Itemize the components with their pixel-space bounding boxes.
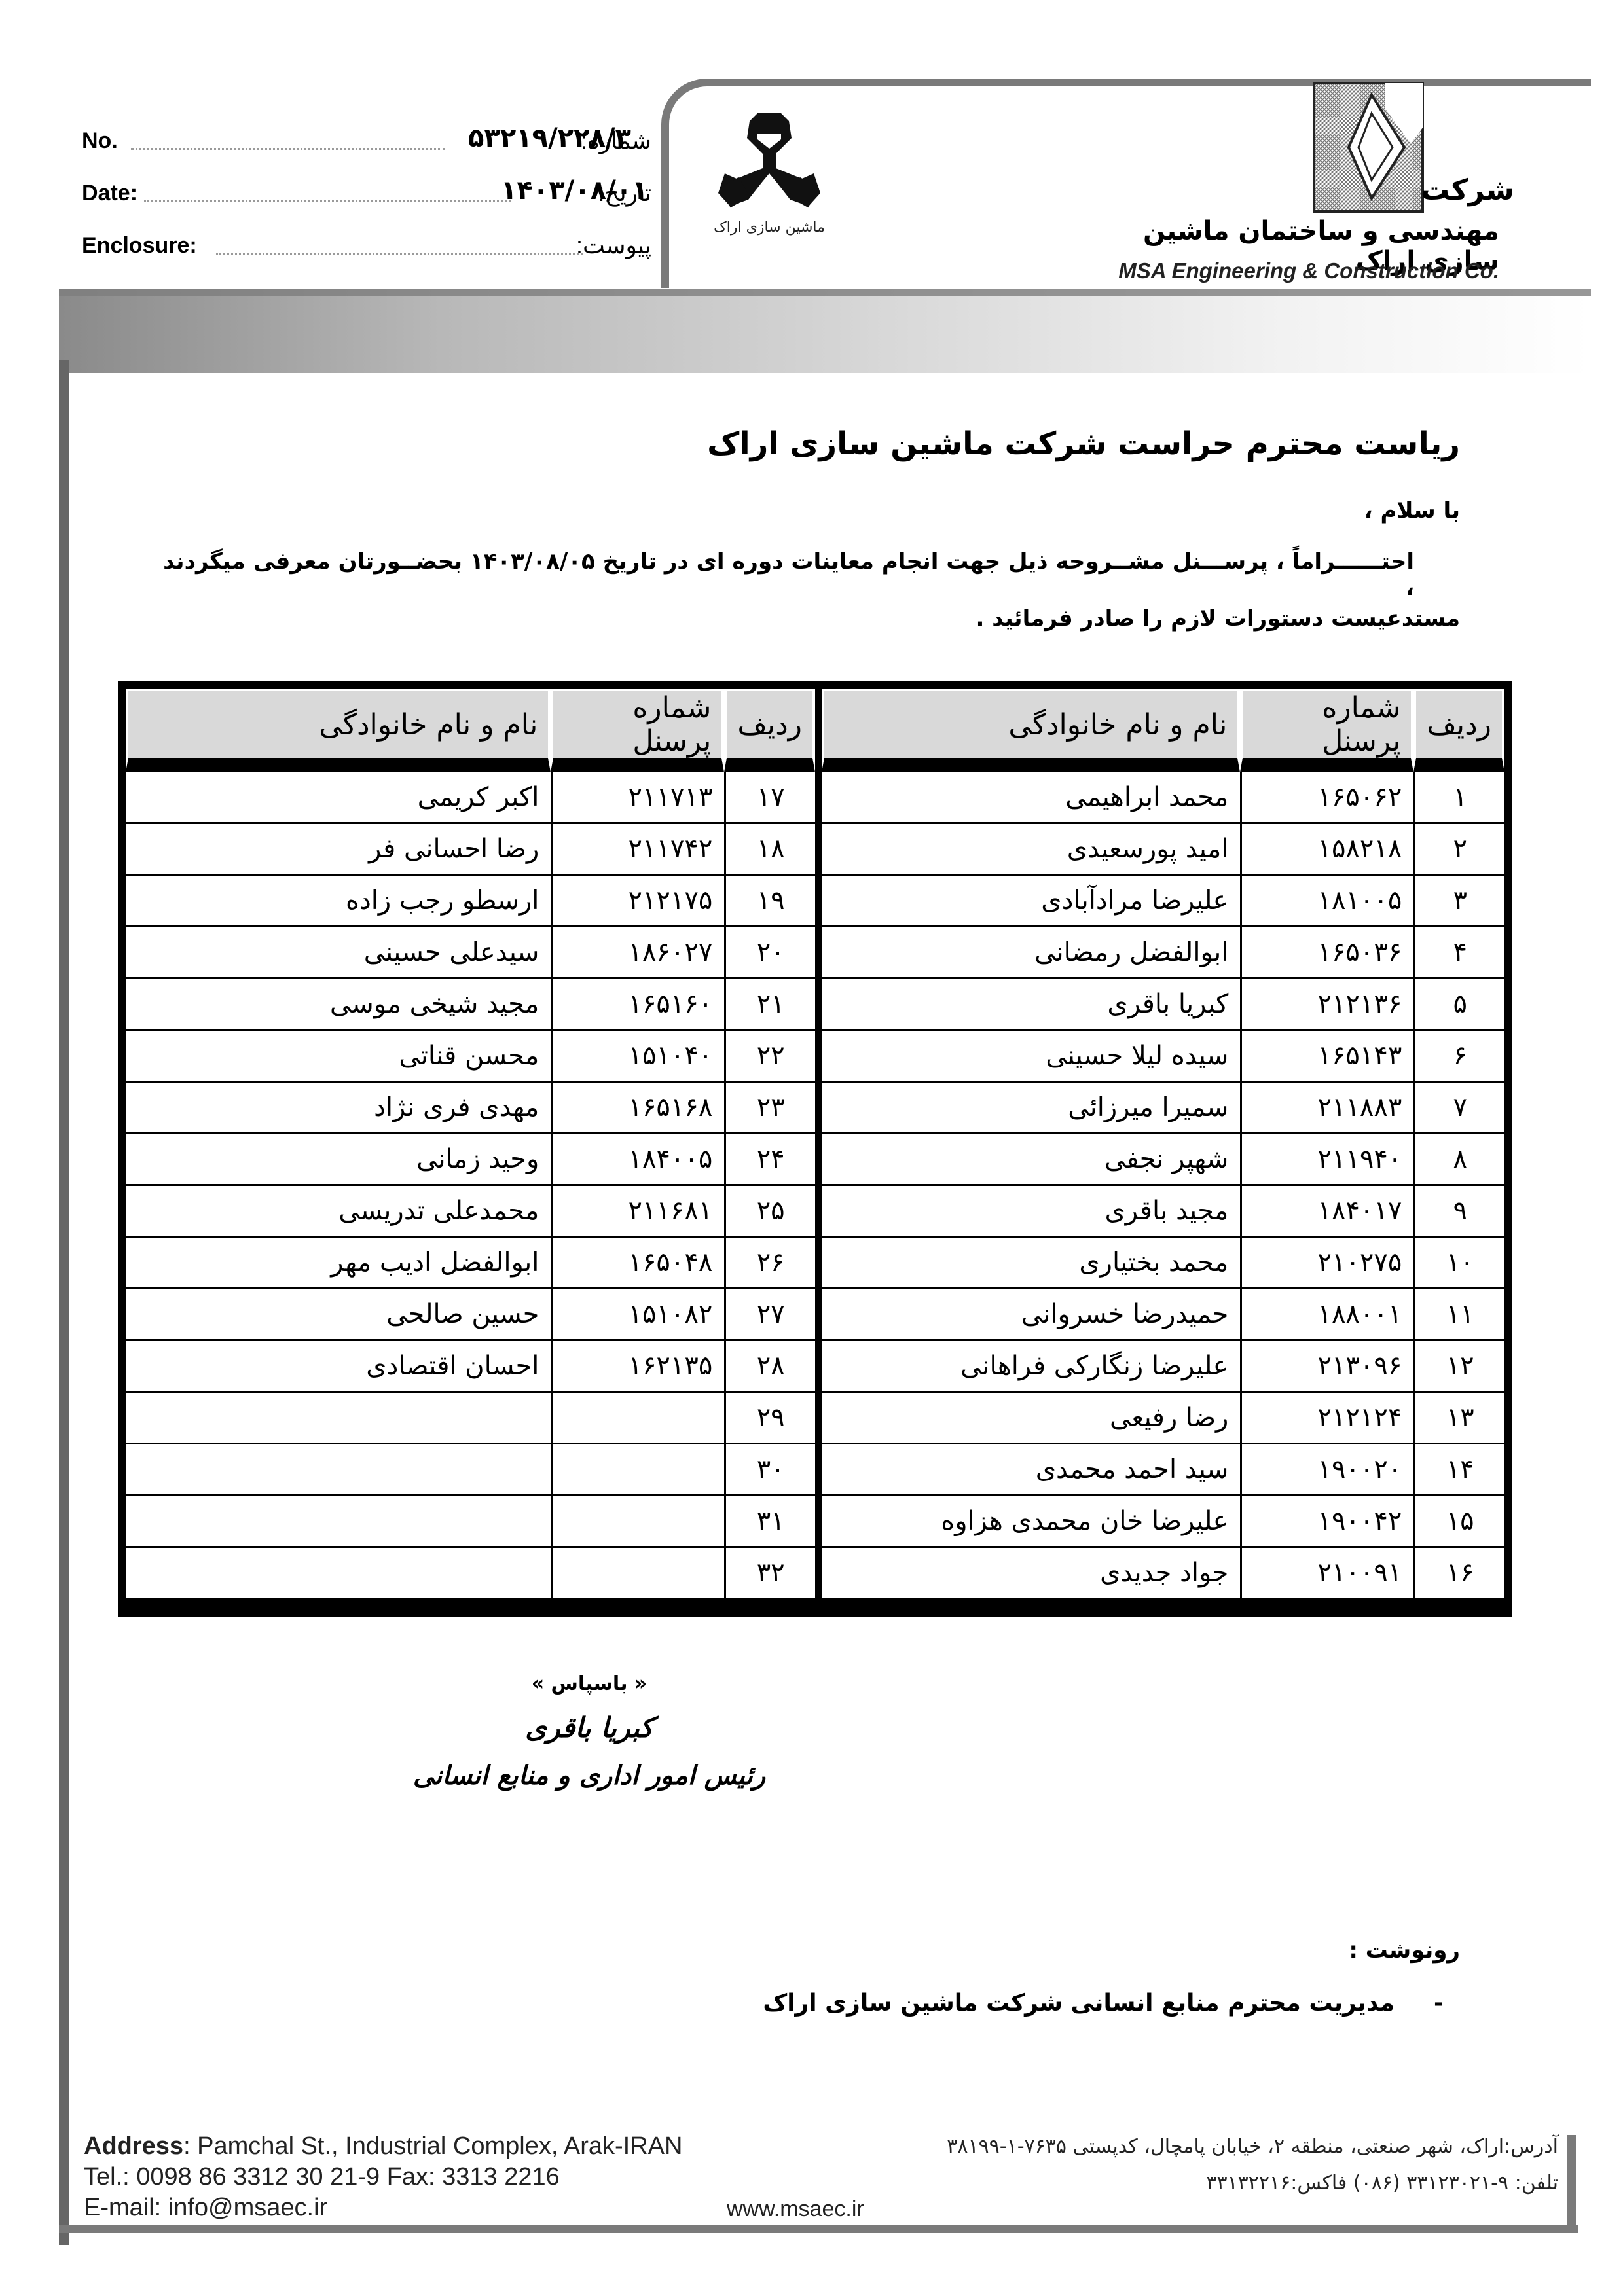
row-index: ۱	[1413, 772, 1504, 824]
row-index: ۱۸	[724, 824, 815, 876]
row-index: ۲۹	[724, 1393, 815, 1444]
footer-frame-right	[1567, 2135, 1576, 2233]
row-name	[126, 1444, 551, 1496]
row-name: علیرضا خان محمدی هزاوه	[822, 1496, 1240, 1548]
row-personnel-no: ۱۸۱۰۰۵	[1240, 876, 1413, 927]
row-name: کبریا باقری	[822, 979, 1240, 1031]
row-name: سیده لیلا حسینی	[822, 1031, 1240, 1083]
arak-logo-caption: ماشین سازی اراک	[694, 219, 845, 236]
letter-paragraph-1: احتــــــراماً ، پرســـنل مشــروحه ذیل ج…	[151, 548, 1414, 601]
row-index: ۶	[1413, 1031, 1504, 1083]
row-personnel-no: ۲۱۱۷۱۳	[551, 772, 724, 824]
footer-address-en: Address: Pamchal St., Industrial Complex…	[84, 2132, 682, 2161]
row-name: جواد جدیدی	[822, 1548, 1240, 1598]
table-header-row: ردیف شماره پرسنل نام و نام خانوادگی	[126, 689, 815, 772]
row-personnel-no: ۱۶۵۰۶۲	[1240, 772, 1413, 824]
row-name: ابوالفضل ادیب مهر	[126, 1238, 551, 1289]
table-row: ۱۲۲۱۳۰۹۶علیرضا زنگارکی فراهانی	[822, 1341, 1504, 1393]
row-index: ۲۵	[724, 1186, 815, 1238]
meta-enclosure-label-fa: پیوست:	[576, 232, 651, 259]
row-personnel-no: ۲۱۲۱۳۶	[1240, 979, 1413, 1031]
row-personnel-no	[551, 1496, 724, 1548]
row-personnel-no: ۱۶۵۱۴۳	[1240, 1031, 1413, 1083]
header-frame-top	[701, 79, 1591, 86]
dotted-line	[216, 253, 583, 255]
table-row: ۶۱۶۵۱۴۳سیده لیلا حسینی	[822, 1031, 1504, 1083]
page-left-rail	[59, 360, 69, 2245]
table-row: ۸۲۱۱۹۴۰شهپر نجفی	[822, 1134, 1504, 1186]
row-index: ۲	[1413, 824, 1504, 876]
table-row: ۱۰۲۱۰۲۷۵محمد بختیاری	[822, 1238, 1504, 1289]
row-name: اکبر کریمی	[126, 772, 551, 824]
table-row: ۱۹۲۱۲۱۷۵ارسطو رجب زاده	[126, 876, 815, 927]
row-name: وحید زمانی	[126, 1134, 551, 1186]
row-index: ۳۰	[724, 1444, 815, 1496]
row-personnel-no: ۱۶۵۰۳۶	[1240, 927, 1413, 979]
row-name: ابوالفضل رمضانی	[822, 927, 1240, 979]
row-personnel-no: ۱۶۲۱۳۵	[551, 1341, 724, 1393]
meta-date-label-fa: تاریخ:	[598, 179, 651, 207]
meta-date: Date: ۱۴۰۳/۰۸/۰۱ تاریخ:	[82, 175, 651, 215]
row-personnel-no: ۱۸۴۰۱۷	[1240, 1186, 1413, 1238]
table-row: ۲۴۱۸۴۰۰۵وحید زمانی	[126, 1134, 815, 1186]
footer-tel-fa: تلفن: ۹-۳۳۱۲۳۰۲۱ (۰۸۶) فاکس:۳۳۱۳۲۲۱۶	[812, 2172, 1558, 2195]
table-row: ۷۲۱۱۸۸۳سمیرا میرزائی	[822, 1083, 1504, 1134]
table-row: ۱۳۲۱۲۱۲۴رضا رفیعی	[822, 1393, 1504, 1444]
row-index: ۱۲	[1413, 1341, 1504, 1393]
row-name: علیرضا زنگارکی فراهانی	[822, 1341, 1240, 1393]
meta-enclosure: Enclosure: پیوست:	[82, 228, 651, 267]
column-header-personnel-no: شماره پرسنل	[1240, 689, 1413, 772]
row-index: ۱۹	[724, 876, 815, 927]
row-index: ۲۰	[724, 927, 815, 979]
column-header-name: نام و نام خانوادگی	[822, 689, 1240, 772]
table-row: ۳۱	[126, 1496, 815, 1548]
meta-number: No. ۵۳۲۱۹/۲۲۸/۳ شماره:	[82, 123, 651, 162]
table-row: ۲۲۱۵۱۰۴۰محسن قناتی	[126, 1031, 815, 1083]
dotted-line	[144, 200, 511, 202]
dotted-line	[131, 148, 445, 150]
table-row: ۱۴۱۹۰۰۲۰سید احمد محمدی	[822, 1444, 1504, 1496]
row-index: ۳۱	[724, 1496, 815, 1548]
row-name: علیرضا مرادآبادی	[822, 876, 1240, 927]
cc-label: رونوشت :	[1244, 1937, 1460, 1964]
row-personnel-no: ۱۶۵۱۶۸	[551, 1083, 724, 1134]
company-sherkat-label: شرکت	[1421, 173, 1514, 207]
table-row: ۱۷۲۱۱۷۱۳اکبر کریمی	[126, 772, 815, 824]
column-header-index: ردیف	[724, 689, 815, 772]
table-row: ۱۵۱۹۰۰۴۲علیرضا خان محمدی هزاوه	[822, 1496, 1504, 1548]
row-name: رضا احسانی فر	[126, 824, 551, 876]
column-header-personnel-no: شماره پرسنل	[551, 689, 724, 772]
row-index: ۳	[1413, 876, 1504, 927]
table-row: ۱۶۲۱۰۰۹۱جواد جدیدی	[822, 1548, 1504, 1598]
header-frame-divider	[661, 124, 669, 288]
row-name: رضا رفیعی	[822, 1393, 1240, 1444]
row-personnel-no: ۱۵۱۰۸۲	[551, 1289, 724, 1341]
column-header-index: ردیف	[1413, 689, 1504, 772]
cc-item: مدیریت محترم منابع انسانی شرکت ماشین ساز…	[720, 1990, 1395, 2017]
letter-addressee: ریاست محترم حراست شرکت ماشین سازی اراک	[196, 425, 1460, 462]
row-index: ۱۱	[1413, 1289, 1504, 1341]
row-index: ۲۶	[724, 1238, 815, 1289]
table-body-right: ۱۱۶۵۰۶۲محمد ابراهیمی۲۱۵۸۲۱۸امید پورسعیدی…	[822, 772, 1504, 1598]
meta-number-label-fa: شماره:	[581, 127, 651, 154]
footer-frame-bottom	[59, 2225, 1578, 2233]
row-personnel-no: ۱۵۱۰۴۰	[551, 1031, 724, 1083]
row-index: ۱۵	[1413, 1496, 1504, 1548]
footer-website-link[interactable]: www.msaec.ir	[727, 2197, 864, 2222]
table-row: ۳۱۸۱۰۰۵علیرضا مرادآبادی	[822, 876, 1504, 927]
row-name: مجید شیخی موسی	[126, 979, 551, 1031]
personnel-table-right: ردیف شماره پرسنل نام و نام خانوادگی ۱۱۶۵…	[822, 689, 1504, 1598]
meta-date-label-en: Date:	[82, 181, 137, 206]
column-header-name: نام و نام خانوادگی	[126, 689, 551, 772]
table-row: ۲۳۱۶۵۱۶۸مهدی فری نژاد	[126, 1083, 815, 1134]
row-personnel-no: ۲۱۰۲۷۵	[1240, 1238, 1413, 1289]
row-name: سمیرا میرزائی	[822, 1083, 1240, 1134]
row-name: محسن قناتی	[126, 1031, 551, 1083]
signatory-title: رئیس امور اداری و منابع انسانی	[327, 1761, 851, 1791]
row-personnel-no	[551, 1393, 724, 1444]
table-row: ۲۸۱۶۲۱۳۵احسان اقتصادی	[126, 1341, 815, 1393]
row-index: ۱۴	[1413, 1444, 1504, 1496]
row-name: محمد بختیاری	[822, 1238, 1240, 1289]
meta-number-label-en: No.	[82, 128, 118, 154]
row-personnel-no: ۱۸۴۰۰۵	[551, 1134, 724, 1186]
row-index: ۴	[1413, 927, 1504, 979]
row-name	[126, 1393, 551, 1444]
row-index: ۹	[1413, 1186, 1504, 1238]
row-name: احسان اقتصادی	[126, 1341, 551, 1393]
row-index: ۸	[1413, 1134, 1504, 1186]
row-index: ۱۳	[1413, 1393, 1504, 1444]
table-body-left: ۱۷۲۱۱۷۱۳اکبر کریمی۱۸۲۱۱۷۴۲رضا احسانی فر۱…	[126, 772, 815, 1598]
table-row: ۲۱۵۸۲۱۸امید پورسعیدی	[822, 824, 1504, 876]
row-index: ۱۶	[1413, 1548, 1504, 1598]
row-name: مجید باقری	[822, 1186, 1240, 1238]
personnel-table: ردیف شماره پرسنل نام و نام خانوادگی ۱۱۶۵…	[118, 681, 1512, 1617]
row-personnel-no: ۲۱۱۹۴۰	[1240, 1134, 1413, 1186]
personnel-table-left: ردیف شماره پرسنل نام و نام خانوادگی ۱۷۲۱…	[126, 689, 815, 1598]
row-personnel-no: ۱۶۵۰۴۸	[551, 1238, 724, 1289]
row-name: مهدی فری نژاد	[126, 1083, 551, 1134]
row-name: محمد ابراهیمی	[822, 772, 1240, 824]
row-name: سید احمد محمدی	[822, 1444, 1240, 1496]
letter-salutation: با سلام ،	[196, 497, 1460, 524]
footer-tel-en: Tel.: 0098 86 3312 30 21-9 Fax: 3313 221…	[84, 2163, 560, 2191]
row-personnel-no: ۲۱۳۰۹۶	[1240, 1341, 1413, 1393]
arak-machine-logo-icon	[710, 108, 828, 223]
company-name-en: MSA Engineering & Construction Co.	[1061, 259, 1499, 283]
row-personnel-no	[551, 1548, 724, 1598]
row-personnel-no: ۲۱۲۱۲۴	[1240, 1393, 1413, 1444]
footer-address-fa: آدرس:اراک، شهر صنعتی، منطقه ۲، خیابان پا…	[812, 2135, 1558, 2158]
table-row: ۲۶۱۶۵۰۴۸ابوالفضل ادیب مهر	[126, 1238, 815, 1289]
row-index: ۲۸	[724, 1341, 815, 1393]
row-personnel-no: ۱۶۵۱۶۰	[551, 979, 724, 1031]
row-index: ۵	[1413, 979, 1504, 1031]
signature-thanks: « باسپاس »	[458, 1672, 720, 1695]
row-personnel-no: ۲۱۲۱۷۵	[551, 876, 724, 927]
table-row: ۲۹	[126, 1393, 815, 1444]
table-row: ۵۲۱۲۱۳۶کبریا باقری	[822, 979, 1504, 1031]
table-row: ۳۲	[126, 1548, 815, 1598]
table-row: ۲۱۱۶۵۱۶۰مجید شیخی موسی	[126, 979, 815, 1031]
row-personnel-no: ۲۱۱۷۴۲	[551, 824, 724, 876]
row-index: ۷	[1413, 1083, 1504, 1134]
row-name	[126, 1496, 551, 1548]
signatory-name: کبریا باقری	[426, 1712, 753, 1744]
cc-bullet-dash: -	[1434, 1990, 1444, 2017]
table-row: ۲۷۱۵۱۰۸۲حسین صالحی	[126, 1289, 815, 1341]
row-personnel-no: ۱۵۸۲۱۸	[1240, 824, 1413, 876]
msa-company-logo-icon	[1313, 82, 1424, 213]
row-name: محمدعلی تدریسی	[126, 1186, 551, 1238]
row-personnel-no: ۱۸۸۰۰۱	[1240, 1289, 1413, 1341]
footer-address-value: : Pamchal St., Industrial Complex, Arak-…	[183, 2132, 682, 2160]
table-row: ۱۸۲۱۱۷۴۲رضا احسانی فر	[126, 824, 815, 876]
row-index: ۲۷	[724, 1289, 815, 1341]
row-index: ۱۷	[724, 772, 815, 824]
meta-enclosure-label-en: Enclosure:	[82, 233, 197, 259]
row-name: حسین صالحی	[126, 1289, 551, 1341]
row-name: امید پورسعیدی	[822, 824, 1240, 876]
header-gray-band	[59, 289, 1591, 373]
table-header-row: ردیف شماره پرسنل نام و نام خانوادگی	[822, 689, 1504, 772]
row-index: ۳۲	[724, 1548, 815, 1598]
table-row: ۳۰	[126, 1444, 815, 1496]
row-name: سیدعلی حسینی	[126, 927, 551, 979]
row-index: ۲۴	[724, 1134, 815, 1186]
row-index: ۲۳	[724, 1083, 815, 1134]
row-index: ۲۲	[724, 1031, 815, 1083]
row-personnel-no	[551, 1444, 724, 1496]
table-row: ۲۵۲۱۱۶۸۱محمدعلی تدریسی	[126, 1186, 815, 1238]
row-name	[126, 1548, 551, 1598]
table-row: ۱۱۶۵۰۶۲محمد ابراهیمی	[822, 772, 1504, 824]
row-personnel-no: ۱۹۰۰۴۲	[1240, 1496, 1413, 1548]
footer-email[interactable]: E-mail: info@msaec.ir	[84, 2194, 327, 2222]
row-index: ۱۰	[1413, 1238, 1504, 1289]
footer-address-label: Address	[84, 2132, 183, 2160]
header-frame-corner	[661, 79, 714, 137]
row-personnel-no: ۱۸۶۰۲۷	[551, 927, 724, 979]
row-name: شهپر نجفی	[822, 1134, 1240, 1186]
row-personnel-no: ۱۹۰۰۲۰	[1240, 1444, 1413, 1496]
row-name: ارسطو رجب زاده	[126, 876, 551, 927]
row-index: ۲۱	[724, 979, 815, 1031]
row-personnel-no: ۲۱۰۰۹۱	[1240, 1548, 1413, 1598]
table-row: ۲۰۱۸۶۰۲۷سیدعلی حسینی	[126, 927, 815, 979]
table-row: ۴۱۶۵۰۳۶ابوالفضل رمضانی	[822, 927, 1504, 979]
table-row: ۱۱۱۸۸۰۰۱حمیدرضا خسروانی	[822, 1289, 1504, 1341]
row-name: حمیدرضا خسروانی	[822, 1289, 1240, 1341]
row-personnel-no: ۲۱۱۸۸۳	[1240, 1083, 1413, 1134]
row-personnel-no: ۲۱۱۶۸۱	[551, 1186, 724, 1238]
table-row: ۹۱۸۴۰۱۷مجید باقری	[822, 1186, 1504, 1238]
letter-paragraph-2: مستدعیست دستورات لازم را صادر فرمائید .	[196, 605, 1460, 632]
